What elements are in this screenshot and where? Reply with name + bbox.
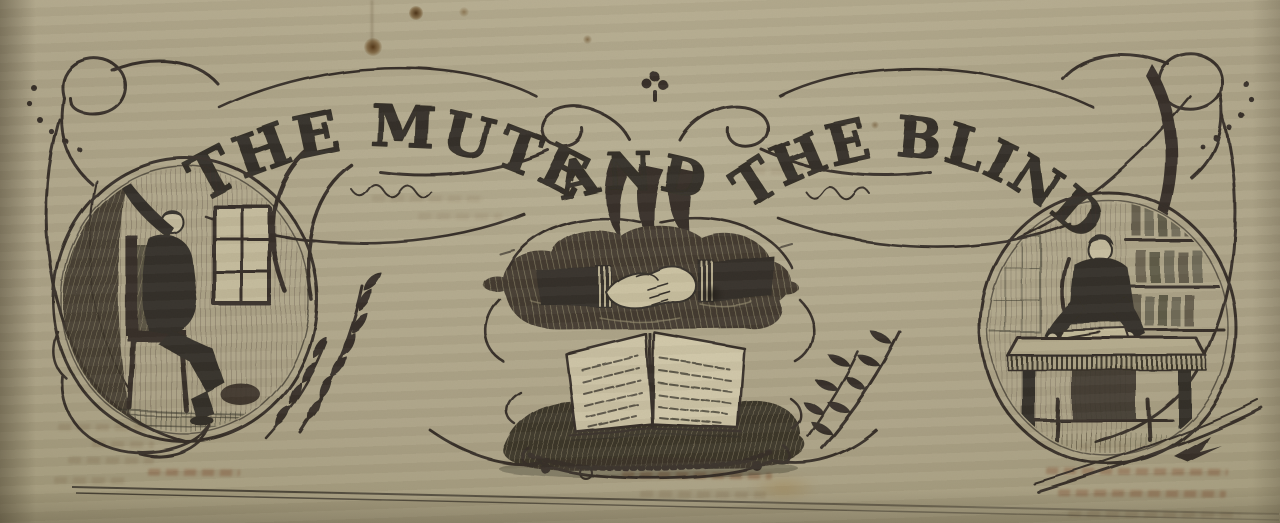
scanned-newspaper-page: THE MUTE AND THE BLIND [0,0,1280,523]
paper-grain-texture [0,0,1280,523]
paper-crease [371,0,373,46]
masthead-engraving: THE MUTE AND THE BLIND [0,0,1280,523]
